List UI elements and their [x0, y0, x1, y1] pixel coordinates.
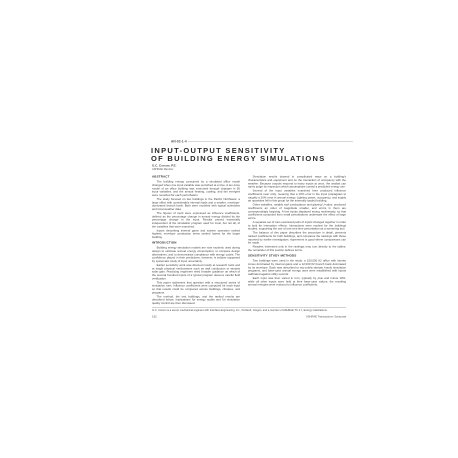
author-affiliation: ASHRAE Member	[152, 168, 262, 171]
body-paragraph: Readers interested only in the rankings …	[248, 245, 346, 252]
body-paragraph: Other variables, notably roof conductanc…	[248, 203, 346, 220]
column-right: Simulation results depend in complicated…	[248, 175, 346, 309]
methods-paragraph: Two buildings were used in the study: a …	[248, 259, 346, 276]
body-paragraph: The balance of this paper describes the …	[248, 231, 346, 244]
abstract-paragraph: The figures of merit were expressed as i…	[152, 211, 240, 228]
column-left: ABSTRACT The building energy consumed by…	[152, 175, 240, 309]
abstract-heading: ABSTRACT	[152, 175, 240, 178]
abstract-paragraph: Inputs describing internal gains and sys…	[152, 229, 240, 239]
page-footer: 162 ASHRAE Transactions: Symposia	[152, 315, 346, 324]
page-number: 162	[152, 315, 157, 318]
body-paragraph: Several of the input variables examined …	[248, 189, 346, 202]
body-paragraph: A separate set of runs examined pairs of…	[248, 220, 346, 230]
abstract-paragraph: The study focused on two buildings in th…	[152, 197, 240, 210]
paper-code: AN-92-1-4	[171, 140, 187, 144]
title-line-2: OF BUILDING ENERGY SIMULATIONS	[151, 155, 361, 163]
introduction-paragraph: This paper addresses that question with …	[152, 281, 240, 294]
introduction-heading: INTRODUCTION	[152, 241, 240, 244]
page-title: INPUT-OUTPUT SENSITIVITY OF BUILDING ENE…	[151, 147, 361, 164]
methods-heading: SENSITIVITY STUDY METHODS	[248, 254, 346, 257]
introduction-paragraph: Building energy simulation models are no…	[152, 246, 240, 263]
journal-label: ASHRAE Transactions: Symposia	[306, 315, 346, 318]
footnote-text: G.C. Corson is a senior mechanical engin…	[152, 309, 346, 312]
methods-paragraph: Each input was then varied in turn, typi…	[248, 276, 346, 286]
body-paragraph: Simulation results depend in complicated…	[248, 175, 346, 188]
paper-page: AN-92-1-4 INPUT-OUTPUT SENSITIVITY OF BU…	[0, 0, 458, 458]
introduction-paragraph: Earlier sensitivity work was directed mo…	[152, 263, 240, 280]
introduction-paragraph: The method, the test buildings, and the …	[152, 295, 240, 305]
abstract-paragraph: The building energy consumed by a simula…	[152, 180, 240, 197]
